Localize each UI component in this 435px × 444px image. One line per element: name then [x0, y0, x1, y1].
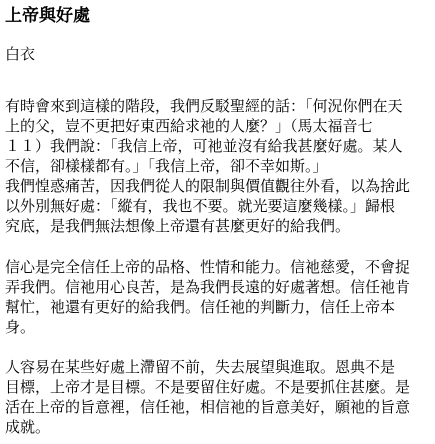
- text-line: 弄我們。信祂用心良苦，是為我們長遠的好處著想。信任祂肯: [5, 278, 431, 298]
- text-line: 身。: [5, 318, 431, 338]
- text-line: 信心是完全信任上帝的品格、性情和能力。信祂慈愛，不會捉: [5, 258, 431, 278]
- text-line: 目標，上帝才是目標。不是要留住好處。不是要抓住甚麼。是: [5, 378, 431, 398]
- paragraph-1: 有時會來到這樣的階段，我們反駁聖經的話：「何況你們在天 上的父，豈不更把好東西給…: [5, 97, 431, 237]
- text-line: 究底，是我們無法想像上帝還有甚麼更好的給我們。: [5, 217, 431, 237]
- document-page: 上帝與好處 白衣 有時會來到這樣的階段，我們反駁聖經的話：「何況你們在天 上的父…: [0, 0, 435, 444]
- text-line: 幫忙，祂還有更好的給我們。信任祂的判斷力，信任上帝本: [5, 298, 431, 318]
- text-line: 活在上帝的旨意裡，信任祂，相信祂的旨意美好，願祂的旨意: [5, 398, 431, 418]
- paragraph-2: 信心是完全信任上帝的品格、性情和能力。信祂慈愛，不會捉 弄我們。信祂用心良苦，是…: [5, 258, 431, 338]
- text-line: 人容易在某些好處上滯留不前，失去展望與進取。恩典不是: [5, 358, 431, 378]
- text-line: 以外別無好處：「縱有，我也不要。就光要這麼幾樣。」歸根: [5, 197, 431, 217]
- text-line: 成就。: [5, 418, 431, 438]
- author-name: 白衣: [5, 45, 431, 65]
- text-line: 我們惶惑痛苦，因我們從人的限制與價值觀往外看，以為捨此: [5, 177, 431, 197]
- text-line: １１）我們說：「我信上帝，可祂並沒有給我甚麼好處。某人: [5, 137, 431, 157]
- paragraph-3: 人容易在某些好處上滯留不前，失去展望與進取。恩典不是 目標，上帝才是目標。不是要…: [5, 358, 431, 438]
- page-title: 上帝與好處: [5, 6, 431, 26]
- text-line: 有時會來到這樣的階段，我們反駁聖經的話：「何況你們在天: [5, 97, 431, 117]
- text-line: 不信，卻樣樣都有。」「我信上帝，卻不幸如斯。」: [5, 157, 431, 177]
- text-line: 上的父，豈不更把好東西給求祂的人麼？」（馬太福音七: [5, 117, 431, 137]
